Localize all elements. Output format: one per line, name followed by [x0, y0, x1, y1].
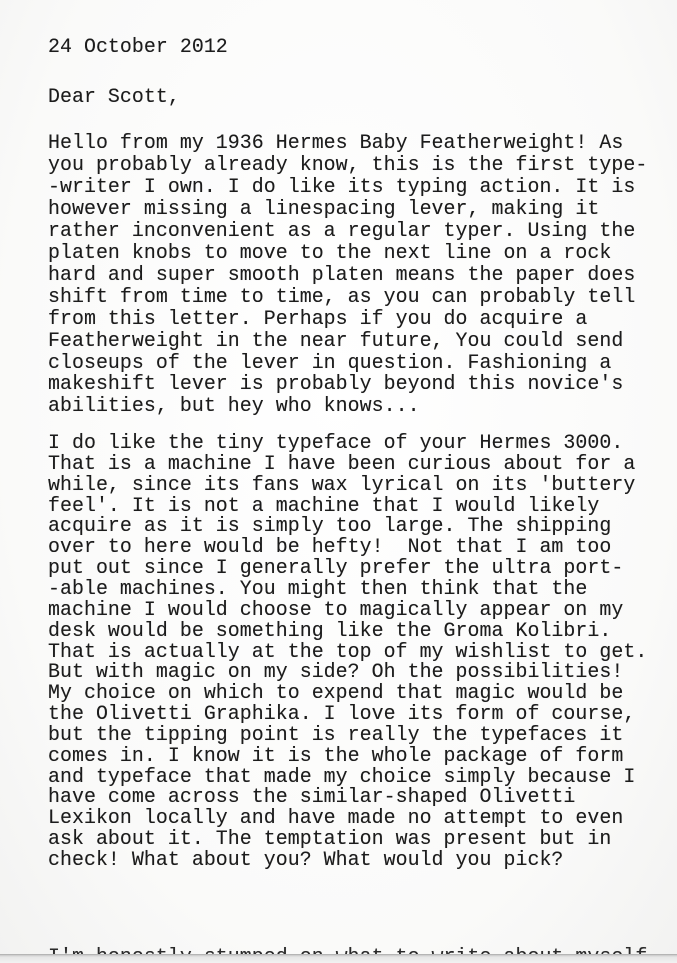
letter-line: feel'. It is not a machine that I would … — [48, 495, 599, 517]
letter-line: however missing a linespacing lever, mak… — [48, 198, 599, 220]
letter-line: My choice on which to expend that magic … — [48, 682, 623, 704]
letter-line: Hello from my 1936 Hermes Baby Featherwe… — [48, 132, 623, 154]
letter-line: I do like the tiny typeface of your Herm… — [48, 432, 623, 454]
letter-salutation: Dear Scott, — [48, 86, 180, 108]
letter-line: shift from time to time, as you can prob… — [48, 286, 635, 308]
letter-line: closeups of the lever in question. Fashi… — [48, 352, 611, 374]
letter-line: makeshift lever is probably beyond this … — [48, 373, 623, 395]
letter-line: ask about it. The temptation was present… — [48, 828, 611, 850]
letter-line: hard and super smooth platen means the p… — [48, 264, 635, 286]
letter-line: Lexikon locally and have made no attempt… — [48, 807, 623, 829]
letter-line: -writer I own. I do like its typing acti… — [48, 176, 635, 198]
letter-line: check! What about you? What would you pi… — [48, 849, 563, 871]
letter-line: But with magic on my side? Oh the possib… — [48, 661, 623, 683]
letter-line: the Olivetti Graphika. I love its form o… — [48, 703, 635, 725]
typewritten-letter-page: 24 October 2012 Dear Scott, Hello from m… — [0, 0, 677, 963]
letter-line: comes in. I know it is the whole package… — [48, 745, 623, 767]
letter-line: platen knobs to move to the next line on… — [48, 242, 611, 264]
letter-line: acquire as it is simply too large. The s… — [48, 515, 611, 537]
letter-line: from this letter. Perhaps if you do acqu… — [48, 308, 587, 330]
letter-line: machine I would choose to magically appe… — [48, 599, 623, 621]
letter-line: desk would be something like the Groma K… — [48, 620, 611, 642]
letter-line: abilities, but hey who knows... — [48, 395, 420, 417]
letter-line: rather inconvenient as a regular typer. … — [48, 220, 635, 242]
scan-edge — [0, 954, 677, 963]
letter-line: Featherweight in the near future, You co… — [48, 330, 623, 352]
letter-line: put out since I generally prefer the ult… — [48, 557, 623, 579]
letter-date: 24 October 2012 — [48, 36, 228, 58]
letter-line: while, since its fans wax lyrical on its… — [48, 474, 635, 496]
letter-line: That is actually at the top of my wishli… — [48, 641, 647, 663]
letter-line: have come across the similar-shaped Oliv… — [48, 786, 575, 808]
letter-line: and typeface that made my choice simply … — [48, 766, 635, 788]
letter-line: -able machines. You might then think tha… — [48, 578, 587, 600]
letter-line: That is a machine I have been curious ab… — [48, 453, 635, 475]
letter-line: but the tipping point is really the type… — [48, 724, 623, 746]
letter-line: you probably already know, this is the f… — [48, 154, 647, 176]
letter-line: over to here would be hefty! Not that I … — [48, 536, 611, 558]
